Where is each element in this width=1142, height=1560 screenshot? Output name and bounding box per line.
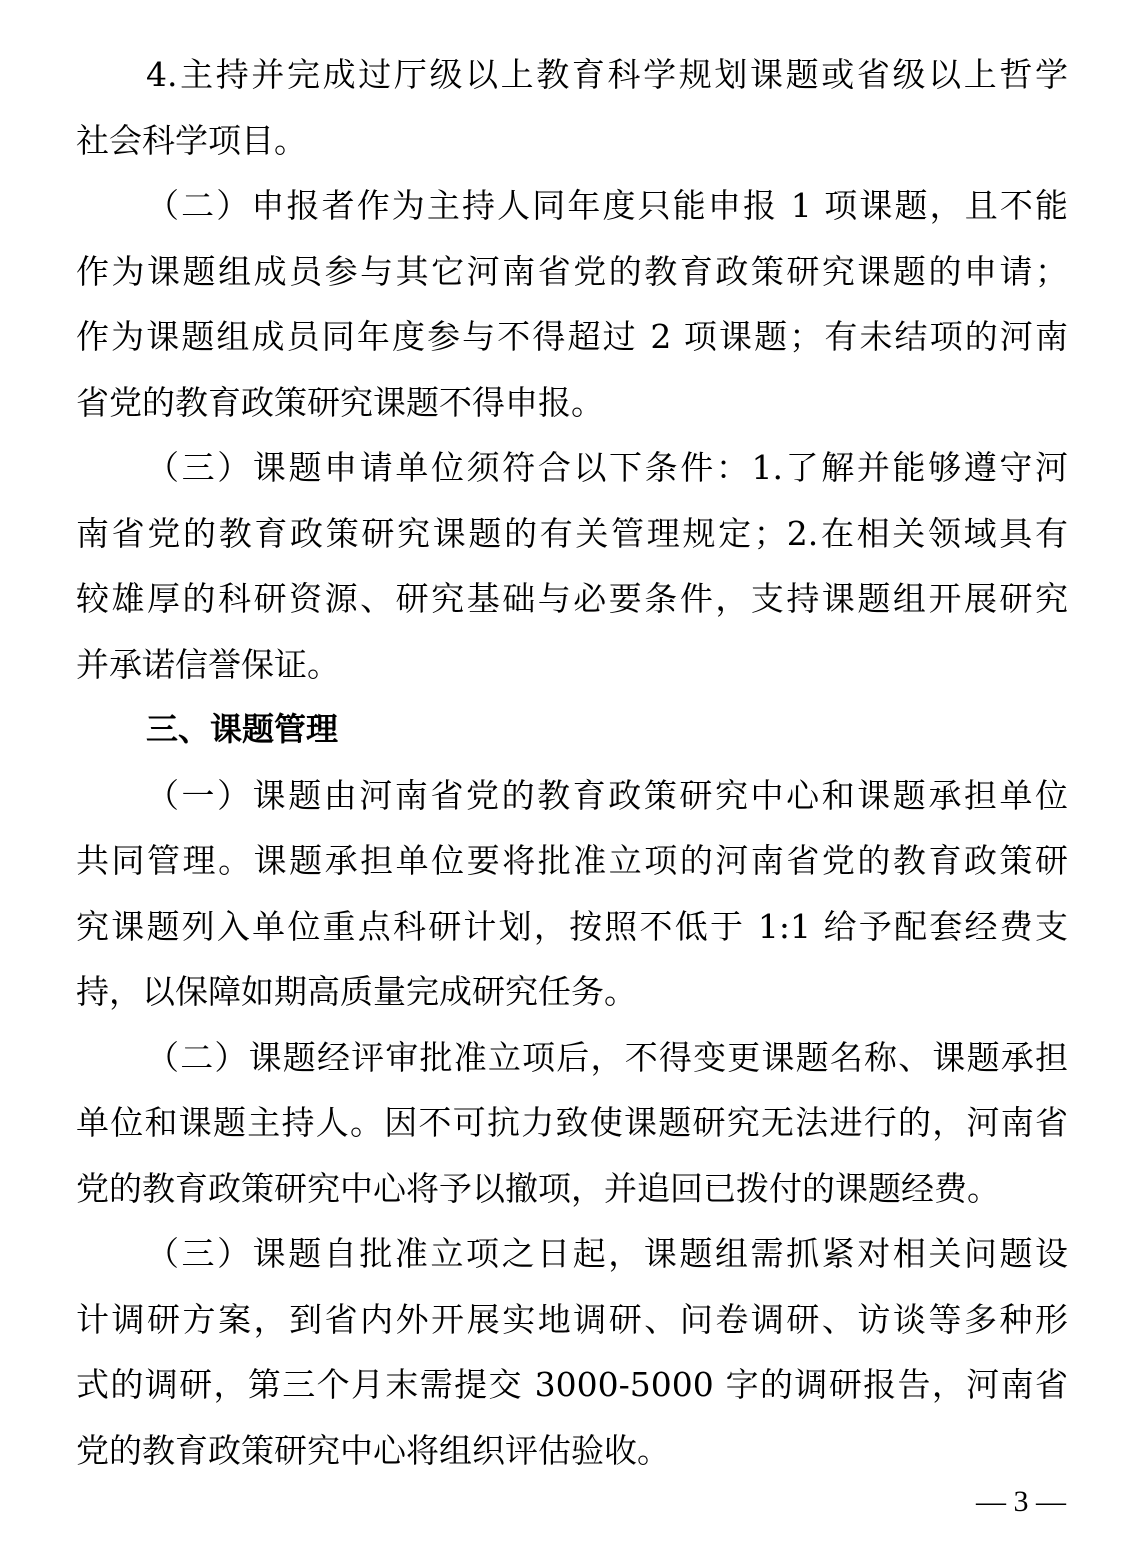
paragraph-eligibility-3: （三）课题申请单位须符合以下条件：1.了解并能够遵守河 南省党的教育政策研究课题… bbox=[76, 435, 1068, 697]
text-line: 作为课题组成员同年度参与不得超过 2 项课题；有未结项的河南 bbox=[76, 304, 1068, 370]
text-line: 4.主持并完成过厅级以上教育科学规划课题或省级以上哲学 bbox=[76, 42, 1068, 108]
document-page: 4.主持并完成过厅级以上教育科学规划课题或省级以上哲学 社会科学项目。 （二）申… bbox=[76, 42, 1068, 1483]
text-line: 社会科学项目。 bbox=[76, 108, 1068, 174]
text-line: 较雄厚的科研资源、研究基础与必要条件，支持课题组开展研究 bbox=[76, 566, 1068, 632]
paragraph-management-2: （二）课题经评审批准立项后，不得变更课题名称、课题承担 单位和课题主持人。因不可… bbox=[76, 1025, 1068, 1222]
paragraph-management-3: （三）课题自批准立项之日起，课题组需抓紧对相关问题设 计调研方案，到省内外开展实… bbox=[76, 1221, 1068, 1483]
text-line: （三）课题自批准立项之日起，课题组需抓紧对相关问题设 bbox=[76, 1221, 1068, 1287]
text-line: （三）课题申请单位须符合以下条件：1.了解并能够遵守河 bbox=[76, 435, 1068, 501]
text-line: （一）课题由河南省党的教育政策研究中心和课题承担单位 bbox=[76, 763, 1068, 829]
text-line: 并承诺信誉保证。 bbox=[76, 632, 1068, 698]
text-line: （二）课题经评审批准立项后，不得变更课题名称、课题承担 bbox=[76, 1025, 1068, 1091]
paragraph-management-1: （一）课题由河南省党的教育政策研究中心和课题承担单位 共同管理。课题承担单位要将… bbox=[76, 763, 1068, 1025]
text-line: 党的教育政策研究中心将予以撤项，并追回已拨付的课题经费。 bbox=[76, 1156, 1068, 1222]
paragraph-item-4: 4.主持并完成过厅级以上教育科学规划课题或省级以上哲学 社会科学项目。 bbox=[76, 42, 1068, 173]
text-line: 南省党的教育政策研究课题的有关管理规定；2.在相关领域具有 bbox=[76, 501, 1068, 567]
section-heading: 三、课题管理 bbox=[76, 697, 1068, 763]
text-line: 究课题列入单位重点科研计划，按照不低于 1:1 给予配套经费支 bbox=[76, 894, 1068, 960]
page-number: — 3 — bbox=[976, 1482, 1066, 1522]
text-line: （二）申报者作为主持人同年度只能申报 1 项课题，且不能 bbox=[76, 173, 1068, 239]
paragraph-eligibility-2: （二）申报者作为主持人同年度只能申报 1 项课题，且不能 作为课题组成员参与其它… bbox=[76, 173, 1068, 435]
text-line: 单位和课题主持人。因不可抗力致使课题研究无法进行的，河南省 bbox=[76, 1090, 1068, 1156]
text-line: 省党的教育政策研究课题不得申报。 bbox=[76, 370, 1068, 436]
text-line: 作为课题组成员参与其它河南省党的教育政策研究课题的申请； bbox=[76, 239, 1068, 305]
text-line: 共同管理。课题承担单位要将批准立项的河南省党的教育政策研 bbox=[76, 828, 1068, 894]
text-line: 式的调研，第三个月末需提交 3000-5000 字的调研报告，河南省 bbox=[76, 1352, 1068, 1418]
text-line: 持，以保障如期高质量完成研究任务。 bbox=[76, 959, 1068, 1025]
text-line: 党的教育政策研究中心将组织评估验收。 bbox=[76, 1418, 1068, 1484]
text-line: 计调研方案，到省内外开展实地调研、问卷调研、访谈等多种形 bbox=[76, 1287, 1068, 1353]
